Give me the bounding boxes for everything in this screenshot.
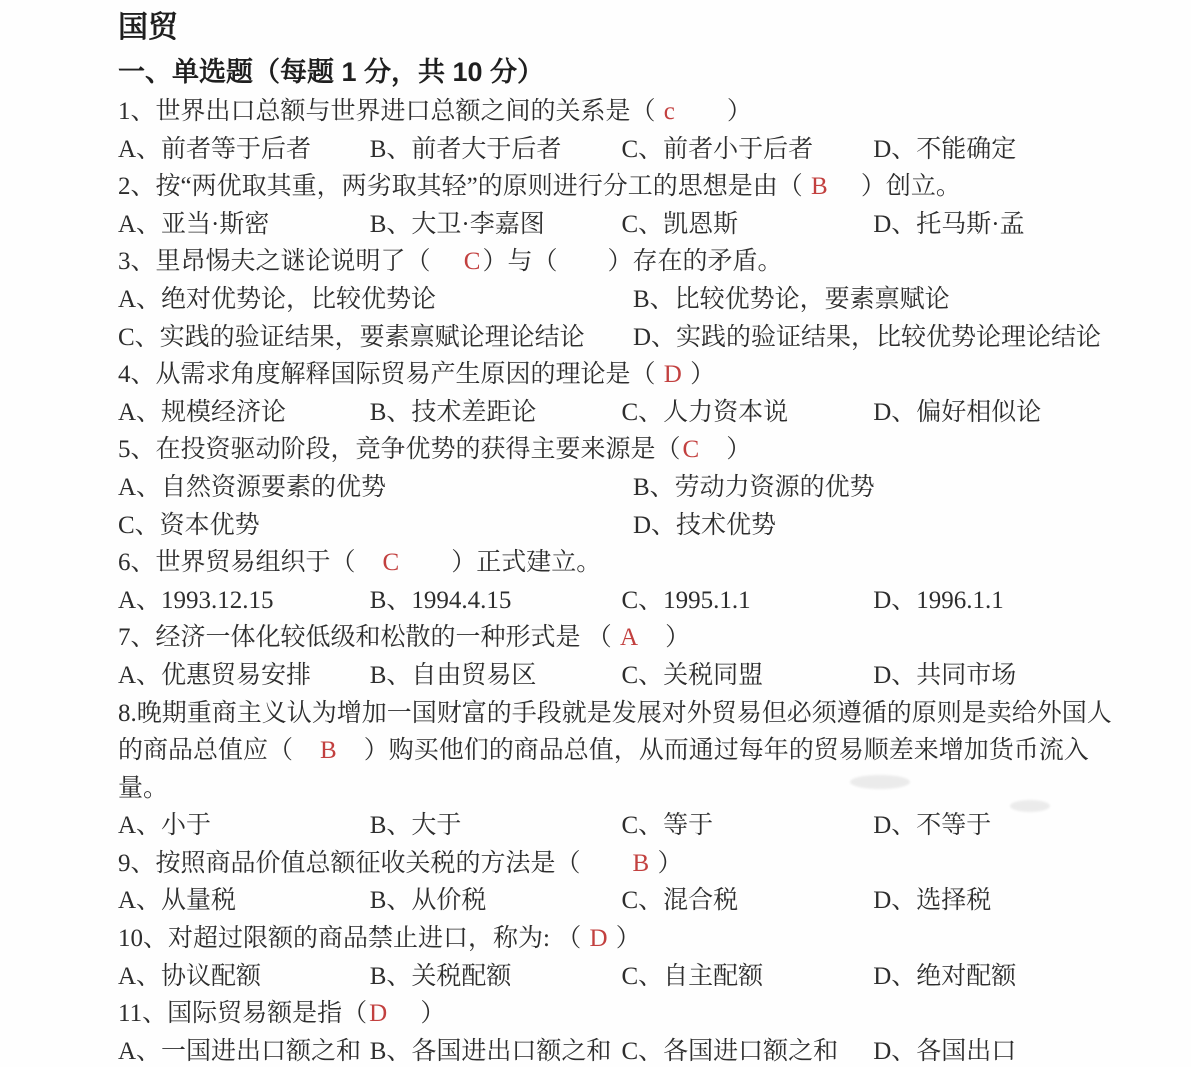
options-row: A、小于B、大于C、等于D、不等于 xyxy=(118,807,1125,845)
question-text: ）与（ ）存在的矛盾。 xyxy=(482,248,782,275)
page-title: 国贸 xyxy=(118,8,1125,48)
option-label: A、从量税 xyxy=(118,882,370,920)
option-label: C、实践的验证结果，要素禀赋论理论结论 xyxy=(118,319,633,357)
option-label: D、实践的验证结果，比较优势论理论结论 xyxy=(633,319,1125,357)
answer-letter: C xyxy=(681,436,702,463)
question-text: 9、按照商品价值总额征收关税的方法是（ xyxy=(118,850,631,877)
question-stem: 10、对超过限额的商品禁止进口，称为: （ D ） xyxy=(118,920,1125,958)
option-label: A、绝对优势论，比较优势论 xyxy=(118,281,633,319)
answer-letter: c xyxy=(662,98,677,125)
option-label: D、绝对配额 xyxy=(873,958,1125,996)
option-label: C、关税同盟 xyxy=(622,657,874,695)
option-label: C、自主配额 xyxy=(622,958,874,996)
option-label: B、关税配额 xyxy=(370,958,622,996)
questions-container: 1、世界出口总额与世界进口总额之间的关系是（ c ）A、前者等于后者B、前者大于… xyxy=(118,93,1125,1067)
option-label: C、前者小于后者 xyxy=(622,131,874,169)
option-label: A、规模经济论 xyxy=(118,394,370,432)
option-label: C、资本优势 xyxy=(118,507,633,545)
question-text: ） xyxy=(684,361,715,388)
question-text: 11、国际贸易额是指（ xyxy=(118,1000,367,1027)
question-text: 2、按“两优取其重，两劣取其轻”的原则进行分工的思想是由（ xyxy=(118,173,809,200)
question-text: ） xyxy=(651,850,682,877)
option-label: A、1993.12.15 xyxy=(118,582,370,620)
question-text: 10、对超过限额的商品禁止进口，称为: （ xyxy=(118,925,587,952)
option-label: B、前者大于后者 xyxy=(370,131,622,169)
option-label: C、各国进口额之和 xyxy=(622,1033,874,1067)
option-label: A、自然资源要素的优势 xyxy=(118,469,633,507)
answer-letter: C xyxy=(381,549,402,576)
option-label: C、人力资本说 xyxy=(622,394,874,432)
question-text: ）正式建立。 xyxy=(401,549,601,576)
question-text: ） xyxy=(389,1000,445,1027)
question-stem: 5、在投资驱动阶段，竞争优势的获得主要来源是（C ） xyxy=(118,431,1125,469)
option-label: A、亚当·斯密 xyxy=(118,206,370,244)
answer-letter: D xyxy=(587,925,609,952)
options-row: A、亚当·斯密B、大卫·李嘉图C、凯恩斯D、托马斯·孟 xyxy=(118,206,1125,244)
question-stem: 1、世界出口总额与世界进口总额之间的关系是（ c ） xyxy=(118,93,1125,131)
options-row: A、1993.12.15B、1994.4.15C、1995.1.1D、1996.… xyxy=(118,582,1125,620)
option-label: D、不能确定 xyxy=(873,131,1125,169)
option-label: A、协议配额 xyxy=(118,958,370,996)
question-text: 3、里昂惕夫之谜论说明了（ xyxy=(118,248,462,275)
question-text: 7、经济一体化较低级和松散的一种形式是 （ xyxy=(118,624,618,651)
option-label: D、选择税 xyxy=(873,882,1125,920)
question-stem: 4、从需求角度解释国际贸易产生原因的理论是（ D ） xyxy=(118,356,1125,394)
options-row: A、优惠贸易安排B、自由贸易区C、关税同盟D、共同市场 xyxy=(118,657,1125,695)
option-label: C、1995.1.1 xyxy=(622,582,874,620)
option-label: D、托马斯·孟 xyxy=(873,206,1125,244)
options-row: A、规模经济论B、技术差距论C、人力资本说D、偏好相似论 xyxy=(118,394,1125,432)
option-label: A、一国进出口额之和 xyxy=(118,1033,370,1067)
question-stem: 11、国际贸易额是指（D ） xyxy=(118,995,1125,1033)
option-label: D、偏好相似论 xyxy=(873,394,1125,432)
question-stem: 2、按“两优取其重，两劣取其轻”的原则进行分工的思想是由（ B ）创立。 xyxy=(118,168,1125,206)
question-stem: 7、经济一体化较低级和松散的一种形式是 （ A ） xyxy=(118,619,1125,657)
question-text: ） xyxy=(610,925,641,952)
option-label: C、等于 xyxy=(622,807,874,845)
answer-letter: B xyxy=(318,737,339,764)
options-row: A、自然资源要素的优势B、劳动力资源的优势C、资本优势D、技术优势 xyxy=(118,469,1125,544)
answer-letter: D xyxy=(662,361,684,388)
question-stem: 9、按照商品价值总额征收关税的方法是（ B ） xyxy=(118,845,1125,883)
question-text: ） xyxy=(677,98,752,125)
question-stem: 6、世界贸易组织于（ C ）正式建立。 xyxy=(118,544,1125,582)
question-stem: 3、里昂惕夫之谜论说明了（ C）与（ ）存在的矛盾。 xyxy=(118,243,1125,281)
options-row: A、前者等于后者B、前者大于后者C、前者小于后者D、不能确定 xyxy=(118,131,1125,169)
question-text: 4、从需求角度解释国际贸易产生原因的理论是（ xyxy=(118,361,662,388)
question-text: 5、在投资驱动阶段，竞争优势的获得主要来源是（ xyxy=(118,436,681,463)
option-label: B、比较优势论，要素禀赋论 xyxy=(633,281,1125,319)
option-label: A、优惠贸易安排 xyxy=(118,657,370,695)
option-label: A、小于 xyxy=(118,807,370,845)
option-label: C、凯恩斯 xyxy=(622,206,874,244)
option-label: B、各国进出口额之和 xyxy=(370,1033,622,1067)
option-label: D、不等于 xyxy=(873,807,1125,845)
option-label: C、混合税 xyxy=(622,882,874,920)
options-row: A、协议配额B、关税配额C、自主配额D、绝对配额 xyxy=(118,958,1125,996)
question-text: 1、世界出口总额与世界进口总额之间的关系是（ xyxy=(118,98,662,125)
exam-document: 国贸 一、单选题（每题 1 分，共 10 分） 1、世界出口总额与世界进口总额之… xyxy=(0,0,1191,1067)
scan-smudge xyxy=(1010,800,1050,812)
options-row: A、从量税B、从价税C、混合税D、选择税 xyxy=(118,882,1125,920)
option-label: B、自由贸易区 xyxy=(370,657,622,695)
option-label: D、各国出口 xyxy=(873,1033,1125,1067)
answer-letter: B xyxy=(809,173,830,200)
option-label: D、1996.1.1 xyxy=(873,582,1125,620)
option-label: B、劳动力资源的优势 xyxy=(633,469,1125,507)
options-row: A、一国进出口额之和B、各国进出口额之和C、各国进口额之和D、各国出口 xyxy=(118,1033,1125,1067)
option-label: B、从价税 xyxy=(370,882,622,920)
option-label: D、共同市场 xyxy=(873,657,1125,695)
question-text: ） xyxy=(640,624,690,651)
options-row: A、绝对优势论，比较优势论B、比较优势论，要素禀赋论C、实践的验证结果，要素禀赋… xyxy=(118,281,1125,356)
option-label: B、大卫·李嘉图 xyxy=(370,206,622,244)
option-label: B、1994.4.15 xyxy=(370,582,622,620)
option-label: B、技术差距论 xyxy=(370,394,622,432)
answer-letter: B xyxy=(631,850,652,877)
option-label: B、大于 xyxy=(370,807,622,845)
section-heading: 一、单选题（每题 1 分，共 10 分） xyxy=(118,52,1125,92)
question-text: ）创立。 xyxy=(830,173,961,200)
question-text: 6、世界贸易组织于（ xyxy=(118,549,381,576)
question-text: ） xyxy=(701,436,751,463)
answer-letter: C xyxy=(462,248,483,275)
answer-letter: D xyxy=(367,1000,389,1027)
option-label: A、前者等于后者 xyxy=(118,131,370,169)
question-stem: 8.晚期重商主义认为增加一国财富的手段就是发展对外贸易但必须遵循的原则是卖给外国… xyxy=(118,695,1125,808)
option-label: D、技术优势 xyxy=(633,507,1125,545)
scan-smudge xyxy=(850,775,910,789)
answer-letter: A xyxy=(618,624,640,651)
